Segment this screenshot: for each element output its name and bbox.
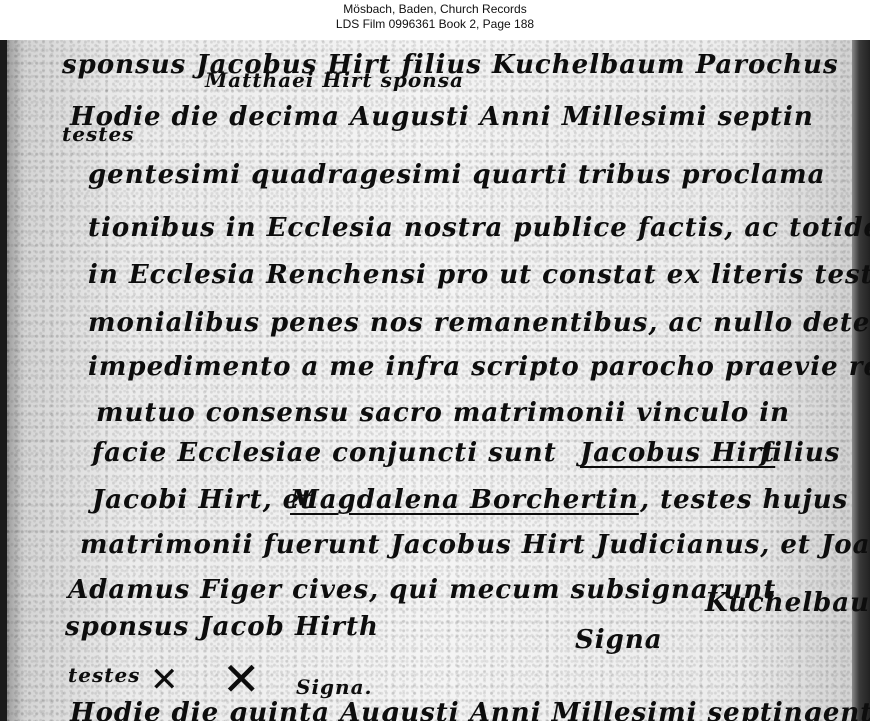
scan-left-shadow bbox=[7, 40, 25, 721]
handwritten-line: testes bbox=[68, 663, 140, 687]
handwritten-line: facie Ecclesiae conjuncti sunt bbox=[92, 438, 557, 468]
handwritten-line: Magdalena Borchertin bbox=[290, 485, 639, 515]
signature-cross-mark: ✕ bbox=[222, 652, 261, 706]
signature-cross-mark: ✕ bbox=[150, 660, 179, 700]
handwritten-line: mutuo consensu sacro matrimonii vinculo … bbox=[96, 398, 790, 428]
handwritten-line: in Ecclesia Renchensi pro ut constat ex … bbox=[88, 260, 870, 290]
handwritten-line: gentesimi quadragesimi quarti tribus pro… bbox=[88, 160, 826, 190]
handwritten-line: Signa. bbox=[296, 675, 373, 699]
handwritten-line: sponsus Jacob Hirth bbox=[65, 612, 379, 642]
handwritten-line: Matthaei Hirt sponsa bbox=[205, 68, 464, 92]
record-subtitle: LDS Film 0996361 Book 2, Page 188 bbox=[0, 17, 870, 32]
handwritten-line: Jacobi Hirt, et bbox=[92, 485, 313, 515]
handwritten-line: filius bbox=[760, 438, 840, 468]
handwritten-line: , testes hujus bbox=[640, 485, 848, 515]
handwritten-line: Hodie die quinta Augusti Anni Millesimi … bbox=[70, 698, 870, 721]
scanned-document-image: sponsus Jacobus Hirt filius Kuchelbaum P… bbox=[0, 40, 870, 721]
handwritten-line: tionibus in Ecclesia nostra publice fact… bbox=[88, 213, 870, 243]
handwritten-line: Hodie die decima Augusti Anni Millesimi … bbox=[70, 102, 814, 132]
scan-left-border bbox=[0, 40, 7, 721]
handwritten-line: Kuchelbaum bbox=[705, 588, 870, 618]
handwritten-line: testes bbox=[62, 122, 134, 146]
record-title: Mösbach, Baden, Church Records bbox=[0, 2, 870, 17]
handwritten-line: impedimento a me infra scripto parocho p… bbox=[88, 352, 870, 382]
page-header: Mösbach, Baden, Church Records LDS Film … bbox=[0, 2, 870, 32]
handwritten-line: matrimonii fuerunt Jacobus Hirt Judician… bbox=[80, 530, 870, 560]
handwritten-line: Signa bbox=[575, 625, 663, 655]
handwritten-line: Jacobus Hirt bbox=[580, 438, 775, 468]
handwritten-line: monialibus penes nos remanentibus, ac nu… bbox=[88, 308, 870, 338]
handwritten-line: Adamus Figer cives, qui mecum subsignaru… bbox=[68, 575, 776, 605]
